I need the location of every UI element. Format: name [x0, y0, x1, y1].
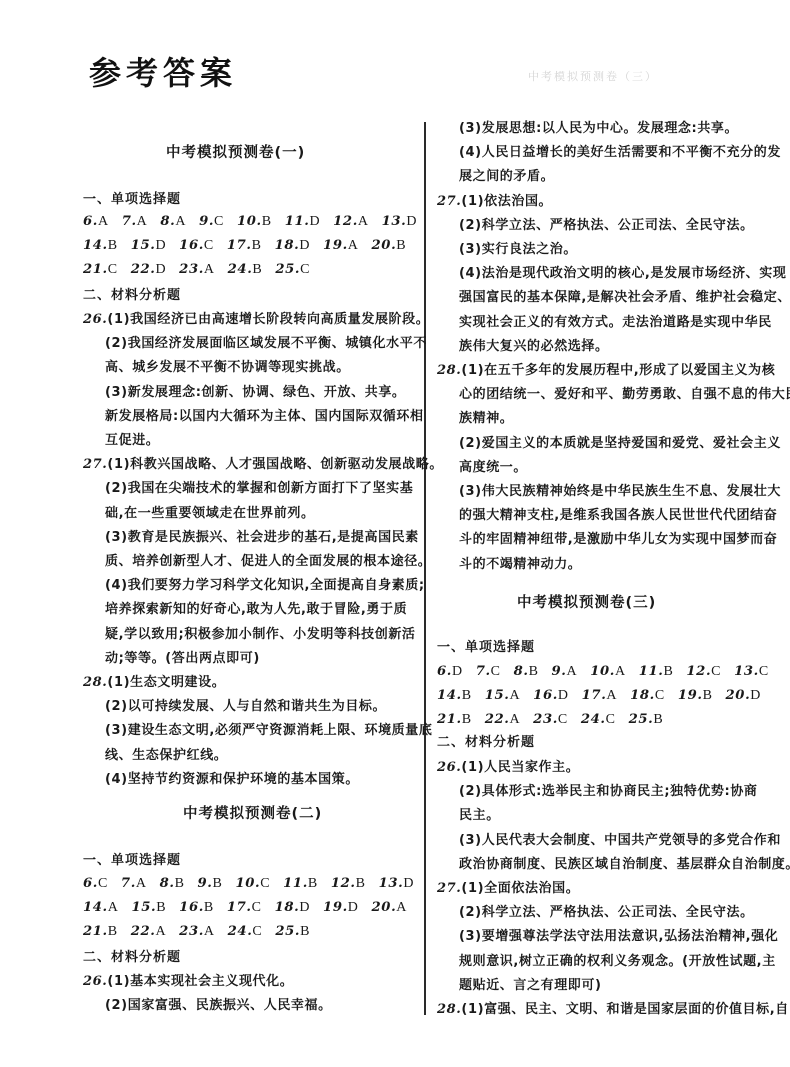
question-number: 13.	[382, 214, 407, 229]
answer-item: 23.C	[533, 712, 568, 728]
answer-letter: A	[606, 688, 617, 703]
answer-item: 12.A	[333, 214, 368, 230]
answer-item: 25.C	[275, 262, 310, 278]
answer-letter: C	[759, 664, 769, 679]
answer-text: (2)我国在尖端技术的掌握和创新方面打下了坚实基	[105, 481, 413, 496]
question-number: 6.	[83, 876, 98, 891]
answer-text: (3)实行良法之治。	[459, 242, 577, 257]
answer-item: 20.B	[372, 238, 407, 254]
answer-text: (3)伟大民族精神始终是中华民族生生不息、发展壮大	[459, 484, 781, 499]
answer-letter: B	[300, 924, 310, 939]
answer-item: 18.D	[275, 900, 310, 916]
answer-line: 质、培养创新型人才、促进人的全面发展的根本途径。	[105, 554, 431, 570]
answer-letter: A	[567, 664, 578, 679]
answer-item: 20.D	[726, 688, 761, 704]
answer-line: 高、城乡发展不平衡不协调等现实挑战。	[105, 360, 350, 376]
answer-item: 8.B	[514, 664, 539, 680]
question-number: 9.	[198, 876, 213, 891]
answer-line: (4)坚持节约资源和保护环境的基本国策。	[105, 772, 359, 788]
question-number: 19.	[323, 900, 348, 915]
answer-line: 斗的不竭精神动力。	[459, 557, 581, 573]
answer-text: (1)生态文明建设。	[107, 675, 225, 690]
question-number: 8.	[160, 214, 175, 229]
answer-row: 21.B22.A23.A24.C25.B	[83, 924, 323, 940]
answer-item: 7.A	[122, 214, 148, 230]
answer-letter: C	[300, 262, 310, 277]
answer-item: 15.D	[131, 238, 166, 254]
part2-heading: 二、材料分析题	[437, 735, 535, 751]
answer-line: 斗的牢固精神纽带,是激励中华儿女为实现中国梦而奋	[459, 532, 777, 548]
answer-letter: A	[396, 900, 407, 915]
answer-letter: B	[108, 238, 118, 253]
answer-line: 族伟大复兴的必然选择。	[459, 339, 609, 355]
answer-item: 17.C	[227, 900, 262, 916]
answer-text: 政治协商制度、民族区域自治制度、基层群众自治制度。	[459, 857, 790, 872]
answer-letter: B	[703, 688, 713, 703]
question-number: 27.	[83, 457, 107, 472]
answer-text: (3)建设生态文明,必须严守资源消耗上限、环境质量底	[105, 723, 432, 738]
answer-text: (4)我们要努力学习科学文化知识,全面提高自身素质;	[105, 578, 425, 593]
answer-row: 14.B15.A16.D17.A18.C19.B20.D	[437, 688, 774, 704]
answer-letter: C	[98, 876, 108, 891]
answer-letter: D	[309, 214, 320, 229]
answer-row: 21.B22.A23.C24.C25.B	[437, 712, 676, 728]
answer-item: 18.D	[275, 238, 310, 254]
section-title-exam1: 中考模拟预测卷(一)	[166, 145, 305, 161]
answer-letter: D	[299, 900, 310, 915]
answer-letter: B	[529, 664, 539, 679]
answer-letter: B	[462, 712, 472, 727]
answer-item: 24.B	[228, 262, 263, 278]
answer-text: 题贴近、言之有理即可)	[459, 978, 602, 993]
answer-line: 题贴近、言之有理即可)	[459, 978, 602, 994]
answer-text: 动;等等。(答出两点即可)	[105, 651, 260, 666]
answer-letter: D	[406, 214, 417, 229]
answer-letter: A	[136, 876, 147, 891]
answer-letter: B	[156, 900, 166, 915]
question-number: 22.	[131, 262, 156, 277]
answer-item: 24.C	[581, 712, 616, 728]
answer-text: 的强大精神支柱,是维系我国各族人民世世代代团结奋	[459, 508, 777, 523]
question-number: 28.	[437, 363, 461, 378]
answer-item: 19.A	[323, 238, 358, 254]
answer-item: 22.A	[131, 924, 166, 940]
question-number: 7.	[122, 214, 137, 229]
answer-letter: D	[558, 688, 569, 703]
answer-item: 19.D	[323, 900, 358, 916]
answer-letter: A	[204, 262, 215, 277]
answer-text: 质、培养创新型人才、促进人的全面发展的根本途径。	[105, 554, 431, 569]
question-number: 14.	[83, 900, 108, 915]
question-number: 22.	[485, 712, 510, 727]
answer-line: (4)法治是现代政治文明的核心,是发展市场经济、实现	[459, 266, 786, 282]
question-number: 17.	[227, 900, 252, 915]
answer-text: (3)教育是民族振兴、社会进步的基石,是提高国民素	[105, 530, 419, 545]
answer-line: 26.(1)人民当家作主。	[437, 760, 579, 776]
answer-letter: C	[204, 238, 214, 253]
answer-row: 14.B15.D16.C17.B18.D19.A20.B	[83, 238, 419, 254]
question-number: 14.	[437, 688, 462, 703]
answer-line: 础,在一些重要领域走在世界前列。	[105, 506, 315, 522]
answer-letter: A	[108, 900, 119, 915]
answer-text: (4)坚持节约资源和保护环境的基本国策。	[105, 772, 359, 787]
answer-text: (2)以可持续发展、人与自然和谐共生为目标。	[105, 699, 386, 714]
answer-text: (2)我国经济发展面临区域发展不平衡、城镇化水平不	[105, 336, 427, 351]
answer-text: 强国富民的基本保障,是解决社会矛盾、维护社会稳定、	[459, 290, 790, 305]
answer-letter: A	[615, 664, 626, 679]
answer-text: (2)科学立法、严格执法、公正司法、全民守法。	[459, 905, 754, 920]
question-number: 16.	[533, 688, 558, 703]
answer-text: (1)在五千多年的发展历程中,形成了以爱国主义为核	[461, 363, 775, 378]
question-number: 20.	[372, 900, 397, 915]
question-number: 16.	[179, 900, 204, 915]
answer-line: 规则意识,树立正确的权利义务观念。(开放性试题,主	[459, 954, 776, 970]
answer-letter: B	[462, 688, 472, 703]
answer-line: (4)我们要努力学习科学文化知识,全面提高自身素质;	[105, 578, 425, 594]
answer-text: (2)国家富强、民族振兴、人民幸福。	[105, 998, 332, 1013]
answer-item: 11.D	[285, 214, 320, 230]
answer-letter: A	[98, 214, 109, 229]
answer-letter: B	[308, 876, 318, 891]
answer-item: 20.A	[372, 900, 407, 916]
answer-item: 10.B	[237, 214, 272, 230]
answer-text: 规则意识,树立正确的权利义务观念。(开放性试题,主	[459, 954, 776, 969]
answer-letter: B	[252, 262, 262, 277]
part2-heading: 二、材料分析题	[83, 288, 181, 304]
answer-line: (2)国家富强、民族振兴、人民幸福。	[105, 998, 332, 1014]
answer-item: 17.A	[582, 688, 617, 704]
answer-item: 19.B	[678, 688, 713, 704]
question-number: 25.	[275, 262, 300, 277]
answer-row: 6.C7.A8.B9.B10.C11.B12.B13.D	[83, 876, 427, 892]
answer-item: 21.B	[437, 712, 472, 728]
answer-item: 14.A	[83, 900, 118, 916]
answer-letter: A	[175, 214, 186, 229]
question-number: 18.	[275, 238, 300, 253]
answer-item: 17.B	[227, 238, 262, 254]
answer-item: 9.B	[198, 876, 223, 892]
question-number: 17.	[582, 688, 607, 703]
answer-text: (1)基本实现社会主义现代化。	[107, 974, 293, 989]
question-number: 18.	[275, 900, 300, 915]
answer-letter: A	[137, 214, 148, 229]
answer-text: 族精神。	[459, 411, 513, 426]
section-title-exam3: 中考模拟预测卷(三)	[517, 595, 656, 611]
question-number: 27.	[437, 194, 461, 209]
answer-text: 疑,学以致用;积极参加小制作、小发明等科技创新活	[105, 627, 416, 642]
answer-letter: B	[252, 238, 262, 253]
question-number: 20.	[372, 238, 397, 253]
answer-text: (1)依法治国。	[461, 194, 552, 209]
answer-letter: C	[558, 712, 568, 727]
faint-bleedthrough-header: 中考模拟预测卷（三）	[528, 68, 658, 84]
answer-line: 互促进。	[105, 433, 159, 449]
answer-letter: B	[108, 924, 118, 939]
question-number: 20.	[726, 688, 751, 703]
answer-line: 动;等等。(答出两点即可)	[105, 651, 260, 667]
answer-letter: C	[491, 664, 501, 679]
answer-letter: A	[509, 712, 520, 727]
answer-item: 11.B	[283, 876, 318, 892]
answer-line: 族精神。	[459, 411, 513, 427]
answer-line: 线、生态保护红线。	[105, 748, 227, 764]
question-number: 12.	[686, 664, 711, 679]
answer-letter: D	[452, 664, 463, 679]
answer-line: 高度统一。	[459, 460, 527, 476]
question-number: 10.	[237, 214, 262, 229]
answer-row: 6.D7.C8.B9.A10.A11.B12.C13.C	[437, 664, 782, 680]
answer-item: 12.B	[331, 876, 366, 892]
answer-letter: D	[155, 262, 166, 277]
answer-letter: B	[262, 214, 272, 229]
answer-letter: B	[653, 712, 663, 727]
answer-text: 高、城乡发展不平衡不协调等现实挑战。	[105, 360, 350, 375]
answer-letter: C	[108, 262, 118, 277]
page-title: 参考答案	[89, 48, 237, 94]
answer-text: (1)全面依法治国。	[461, 881, 579, 896]
answer-line: (2)爱国主义的本质就是坚持爱国和爱党、爱社会主义	[459, 436, 781, 452]
answer-line: 27.(1)科教兴国战略、人才强国战略、创新驱动发展战略。	[83, 457, 443, 473]
part1-heading: 一、单项选择题	[83, 192, 181, 208]
answer-item: 23.A	[179, 924, 214, 940]
answer-line: 27.(1)依法治国。	[437, 194, 552, 210]
answer-item: 6.C	[83, 876, 108, 892]
answer-text: (4)人民日益增长的美好生活需要和不平衡不充分的发	[459, 145, 781, 160]
answer-item: 6.D	[437, 664, 463, 680]
question-number: 15.	[131, 238, 156, 253]
answer-item: 9.C	[199, 214, 224, 230]
question-number: 19.	[678, 688, 703, 703]
answer-item: 21.C	[83, 262, 118, 278]
answer-item: 10.A	[590, 664, 625, 680]
answer-item: 21.B	[83, 924, 118, 940]
answer-line: 的强大精神支柱,是维系我国各族人民世世代代团结奋	[459, 508, 777, 524]
answer-line: (3)发展思想:以人民为中心。发展理念:共享。	[459, 121, 738, 137]
answer-text: 族伟大复兴的必然选择。	[459, 339, 609, 354]
answer-line: 27.(1)全面依法治国。	[437, 881, 579, 897]
answer-letter: C	[252, 924, 262, 939]
question-number: 23.	[179, 924, 204, 939]
part2-heading: 二、材料分析题	[83, 950, 181, 966]
answer-line: 28.(1)生态文明建设。	[83, 675, 225, 691]
answer-line: (2)我国经济发展面临区域发展不平衡、城镇化水平不	[105, 336, 427, 352]
question-number: 6.	[83, 214, 98, 229]
question-number: 17.	[227, 238, 252, 253]
answer-text: 实现社会正义的有效方式。走法治道路是实现中华民	[459, 315, 772, 330]
answer-text: 础,在一些重要领域走在世界前列。	[105, 506, 315, 521]
answer-text: 斗的牢固精神纽带,是激励中华儿女为实现中国梦而奋	[459, 532, 777, 547]
question-number: 12.	[333, 214, 358, 229]
answer-text: (1)富强、民主、文明、和谐是国家层面的价值目标,自	[461, 1002, 788, 1017]
question-number: 14.	[83, 238, 108, 253]
answer-item: 7.A	[121, 876, 147, 892]
answer-item: 15.A	[485, 688, 520, 704]
answer-item: 14.B	[437, 688, 472, 704]
answer-line: (4)人民日益增长的美好生活需要和不平衡不充分的发	[459, 145, 781, 161]
answer-item: 22.D	[131, 262, 166, 278]
answer-text: 心的团结统一、爱好和平、勤劳勇敢、自强不息的伟大民	[459, 387, 790, 402]
answer-letter: D	[750, 688, 761, 703]
answer-line: (3)教育是民族振兴、社会进步的基石,是提高国民素	[105, 530, 419, 546]
answer-item: 16.C	[179, 238, 214, 254]
answer-letter: B	[396, 238, 406, 253]
part1-heading: 一、单项选择题	[83, 853, 181, 869]
question-number: 26.	[437, 760, 461, 775]
answer-item: 8.A	[160, 214, 186, 230]
answer-letter: C	[214, 214, 224, 229]
question-number: 27.	[437, 881, 461, 896]
answer-letter: A	[358, 214, 369, 229]
answer-letter: C	[655, 688, 665, 703]
answer-item: 16.D	[533, 688, 568, 704]
question-number: 24.	[228, 262, 253, 277]
answer-item: 10.C	[235, 876, 270, 892]
question-number: 11.	[639, 664, 664, 679]
answer-item: 25.B	[629, 712, 664, 728]
answer-text: (3)人民代表大会制度、中国共产党领导的多党合作和	[459, 833, 781, 848]
answer-item: 15.B	[131, 900, 166, 916]
answer-item: 14.B	[83, 238, 118, 254]
question-number: 25.	[629, 712, 654, 727]
question-number: 19.	[323, 238, 348, 253]
answer-item: 22.A	[485, 712, 520, 728]
answer-line: 26.(1)我国经济已由高速增长阶段转向高质量发展阶段。	[83, 312, 429, 328]
answer-letter: B	[663, 664, 673, 679]
answer-text: 斗的不竭精神动力。	[459, 557, 581, 572]
answer-row: 6.A7.A8.A9.C10.B11.D12.A13.D	[83, 214, 430, 230]
answer-item: 12.C	[686, 664, 721, 680]
answer-text: (1)人民当家作主。	[461, 760, 579, 775]
answer-item: 11.B	[639, 664, 674, 680]
question-number: 13.	[379, 876, 404, 891]
part1-heading: 一、单项选择题	[437, 640, 535, 656]
answer-letter: B	[175, 876, 185, 891]
question-number: 21.	[437, 712, 462, 727]
answer-text: 高度统一。	[459, 460, 527, 475]
answer-line: 强国富民的基本保障,是解决社会矛盾、维护社会稳定、	[459, 290, 790, 306]
question-number: 12.	[331, 876, 356, 891]
answer-line: 疑,学以致用;积极参加小制作、小发明等科技创新活	[105, 627, 416, 643]
answer-line: (2)我国在尖端技术的掌握和创新方面打下了坚实基	[105, 481, 413, 497]
answer-item: 6.A	[83, 214, 109, 230]
answer-line: (3)建设生态文明,必须严守资源消耗上限、环境质量底	[105, 723, 432, 739]
answer-text: (2)具体形式:选举民主和协商民主;独特优势:协商	[459, 784, 758, 799]
answer-item: 13.C	[734, 664, 769, 680]
answer-text: 展之间的矛盾。	[459, 169, 554, 184]
answer-text: (3)新发展理念:创新、协调、绿色、开放、共享。	[105, 385, 406, 400]
answer-letter: B	[213, 876, 223, 891]
answer-letter: B	[204, 900, 214, 915]
answer-letter: C	[711, 664, 721, 679]
question-number: 10.	[590, 664, 615, 679]
question-number: 18.	[630, 688, 655, 703]
question-number: 8.	[514, 664, 529, 679]
answer-line: 心的团结统一、爱好和平、勤劳勇敢、自强不息的伟大民	[459, 387, 790, 403]
answer-item: 25.B	[275, 924, 310, 940]
question-number: 11.	[283, 876, 308, 891]
question-number: 8.	[160, 876, 175, 891]
answer-row: 21.C22.D23.A24.B25.C	[83, 262, 323, 278]
answer-line: (2)科学立法、严格执法、公正司法、全民守法。	[459, 905, 754, 921]
answer-line: 新发展格局:以国内大循环为主体、国内国际双循环相	[105, 409, 424, 425]
question-number: 28.	[83, 675, 107, 690]
question-number: 23.	[179, 262, 204, 277]
question-number: 21.	[83, 262, 108, 277]
answer-letter: C	[252, 900, 262, 915]
answer-item: 23.A	[179, 262, 214, 278]
answer-text: (2)爱国主义的本质就是坚持爱国和爱党、爱社会主义	[459, 436, 781, 451]
answer-text: (4)法治是现代政治文明的核心,是发展市场经济、实现	[459, 266, 786, 281]
answer-letter: C	[606, 712, 616, 727]
answer-text: 新发展格局:以国内大循环为主体、国内国际双循环相	[105, 409, 424, 424]
section-title-exam2: 中考模拟预测卷(二)	[183, 806, 322, 822]
question-number: 16.	[179, 238, 204, 253]
answer-line: 28.(1)富强、民主、文明、和谐是国家层面的价值目标,自	[437, 1002, 789, 1018]
answer-letter: B	[356, 876, 366, 891]
question-number: 24.	[228, 924, 253, 939]
question-number: 6.	[437, 664, 452, 679]
answer-line: 实现社会正义的有效方式。走法治道路是实现中华民	[459, 315, 772, 331]
question-number: 22.	[131, 924, 156, 939]
answer-line: (3)伟大民族精神始终是中华民族生生不息、发展壮大	[459, 484, 781, 500]
answer-item: 8.B	[160, 876, 185, 892]
answer-item: 18.C	[630, 688, 665, 704]
answer-text: 培养探索新知的好奇心,敢为人先,敢于冒险,勇于质	[105, 602, 407, 617]
answer-text: (2)科学立法、严格执法、公正司法、全民守法。	[459, 218, 754, 233]
answer-line: (3)要增强尊法学法守法用法意识,弘扬法治精神,强化	[459, 929, 778, 945]
answer-text: (1)我国经济已由高速增长阶段转向高质量发展阶段。	[107, 312, 429, 327]
answer-line: 26.(1)基本实现社会主义现代化。	[83, 974, 293, 990]
answer-line: (3)实行良法之治。	[459, 242, 577, 258]
answer-text: 民主。	[459, 808, 500, 823]
answer-line: 28.(1)在五千多年的发展历程中,形成了以爱国主义为核	[437, 363, 775, 379]
answer-letter: A	[155, 924, 166, 939]
question-number: 28.	[437, 1002, 461, 1017]
answer-letter: A	[348, 238, 359, 253]
question-number: 24.	[581, 712, 606, 727]
answer-item: 7.C	[476, 664, 501, 680]
answer-item: 9.A	[552, 664, 578, 680]
answer-letter: D	[403, 876, 414, 891]
answer-line: (3)人民代表大会制度、中国共产党领导的多党合作和	[459, 833, 781, 849]
question-number: 23.	[533, 712, 558, 727]
answer-text: (3)要增强尊法学法守法用法意识,弘扬法治精神,强化	[459, 929, 778, 944]
question-number: 15.	[485, 688, 510, 703]
question-number: 7.	[121, 876, 136, 891]
answer-item: 13.D	[379, 876, 414, 892]
answer-text: (3)发展思想:以人民为中心。发展理念:共享。	[459, 121, 738, 136]
answer-letter: D	[155, 238, 166, 253]
answer-text: 线、生态保护红线。	[105, 748, 227, 763]
question-number: 9.	[552, 664, 567, 679]
question-number: 21.	[83, 924, 108, 939]
question-number: 25.	[275, 924, 300, 939]
answer-letter: D	[299, 238, 310, 253]
answer-letter: C	[260, 876, 270, 891]
answer-line: (2)具体形式:选举民主和协商民主;独特优势:协商	[459, 784, 758, 800]
answer-letter: D	[348, 900, 359, 915]
answer-text: 互促进。	[105, 433, 159, 448]
question-number: 10.	[235, 876, 260, 891]
question-number: 11.	[285, 214, 310, 229]
answer-item: 16.B	[179, 900, 214, 916]
answer-line: 展之间的矛盾。	[459, 169, 554, 185]
answer-line: 民主。	[459, 808, 500, 824]
answer-item: 24.C	[228, 924, 263, 940]
answer-line: 培养探索新知的好奇心,敢为人先,敢于冒险,勇于质	[105, 602, 407, 618]
question-number: 9.	[199, 214, 214, 229]
answer-item: 13.D	[382, 214, 417, 230]
